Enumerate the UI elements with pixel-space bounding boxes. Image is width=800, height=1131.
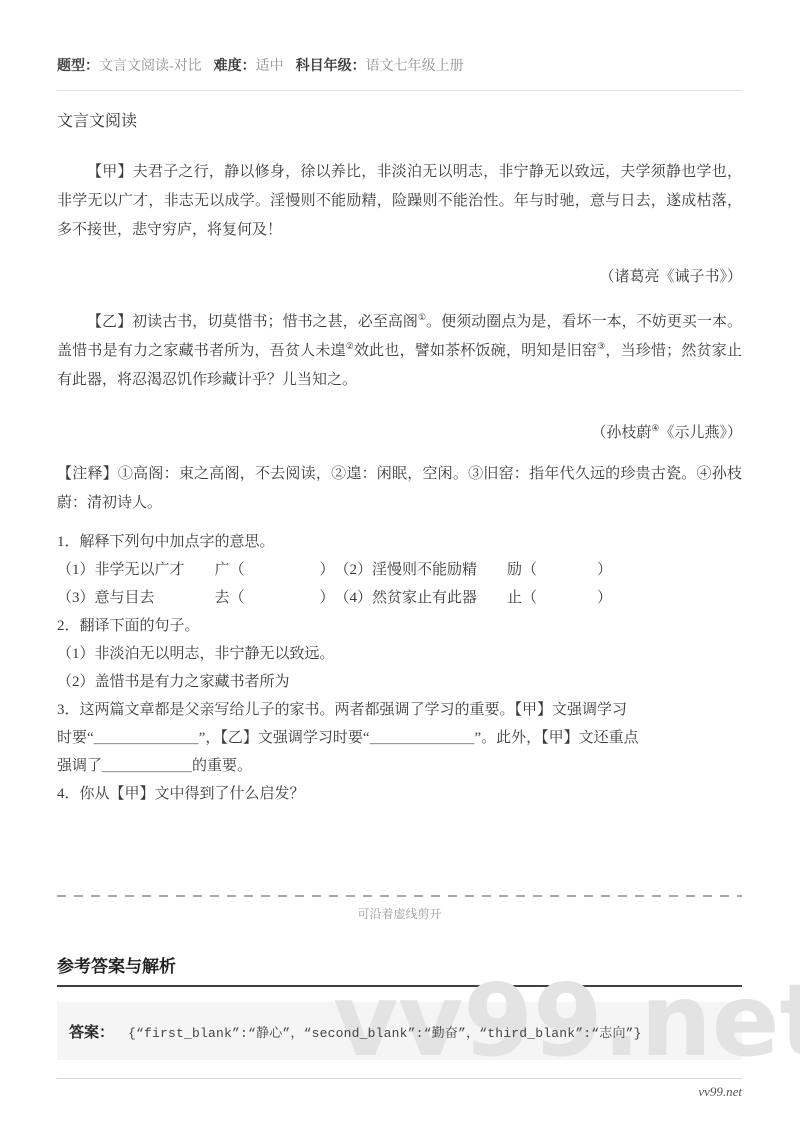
answers-heading-rule (57, 985, 742, 987)
answer-value: {“first_blank”:“静心”，“second_blank”:“勤奋”，… (128, 1022, 642, 1041)
questions-block: 1．解释下列句中加点字的意思。 （1）非学无以广才 广（ ） （2）淫慢则不能励… (57, 528, 742, 808)
question-3-line-3: 强调了＿＿＿＿＿＿的重要。 (57, 752, 742, 780)
section-title: 文言文阅读 (57, 111, 742, 133)
header-divider (57, 90, 742, 91)
notes-block: 【注释】①高阁：束之高阁，不去阅读，②遑：闲眠，空闲。③旧窑：指年代久远的珍贵古… (57, 460, 742, 518)
question-2-sub-2: （2）盖惜书是有力之家藏书者所为 (57, 668, 742, 696)
question-4: 4．你从【甲】文中得到了什么启发？ (57, 780, 742, 808)
meta-difficulty-value: 适中 (256, 59, 284, 74)
question-2-stem: 2．翻译下面的句子。 (57, 612, 742, 640)
answer-label: 答案： (69, 1021, 114, 1042)
question-meta: 题型：文言文阅读-对比难度：适中科目年级：语文七年级上册 (57, 56, 742, 77)
question-1-row-1: （1）非学无以广才 广（ ） （2）淫慢则不能励精 励（ ） (57, 556, 742, 584)
passage-jia: 【甲】夫君子之行，静以修身，徐以养比，非淡泊无以明志，非宁静无以致远，夫学须静也… (57, 158, 742, 245)
answers-heading: 参考答案与解析 (57, 955, 742, 979)
answer-box: 答案： {“first_blank”:“静心”，“second_blank”:“… (57, 1002, 742, 1060)
meta-difficulty-label: 难度： (214, 58, 256, 74)
note-ref-2: ② (346, 341, 354, 351)
meta-grade-label: 科目年级： (296, 58, 366, 74)
question-1-row-2: （3）意与目去 去（ ） （4）然贫家止有此器 止（ ） (57, 584, 742, 612)
cut-dashed-line (57, 895, 742, 897)
meta-grade-value: 语文七年级上册 (366, 59, 464, 74)
question-3-line-2: 时要“＿＿＿＿＿＿＿”，【乙】文强调学习时要“＿＿＿＿＿＿＿”。此外，【甲】文还… (57, 724, 742, 752)
page-content: 题型：文言文阅读-对比难度：适中科目年级：语文七年级上册 文言文阅读 【甲】夫君… (0, 0, 800, 1101)
worksheet-page: vv99.net 题型：文言文阅读-对比难度：适中科目年级：语文七年级上册 文言… (0, 0, 800, 1131)
footer-divider (57, 1078, 742, 1079)
passage-yi-seg: 【乙】初读古书，切莫惜书；惜书之甚，必至高阁 (87, 314, 418, 330)
question-2-sub-1: （1）非淡泊无以明志，非宁静无以致远。 (57, 640, 742, 668)
passage-yi-seg: 效此也，譬如茶杯饭碗，明知是旧窑 (354, 343, 597, 359)
question-3-line-1: 3．这两篇文章都是父亲写给儿子的家书。两者都强调了学习的重要。【甲】文强调学习 (57, 696, 742, 724)
passage-yi-source-author: （孙枝蔚 (591, 425, 651, 441)
passage-yi-source: （孙枝蔚④《示儿燕》） (57, 419, 742, 448)
passage-yi-source-title: 《示儿燕》） (659, 425, 742, 441)
passage-yi: 【乙】初读古书，切莫惜书；惜书之甚，必至高阁①。便须动圈点为是，看坏一本，不妨更… (57, 308, 742, 395)
cut-note: 可沿着虚线剪开 (57, 906, 742, 923)
meta-type-label: 题型： (57, 58, 99, 74)
question-1-stem: 1．解释下列句中加点字的意思。 (57, 528, 742, 556)
footer-site-name: vv99.net (57, 1083, 742, 1101)
note-ref-1: ① (418, 312, 426, 322)
meta-type-value: 文言文阅读-对比 (99, 59, 202, 74)
passage-jia-source: （诸葛亮《诫子书》） (57, 263, 742, 292)
